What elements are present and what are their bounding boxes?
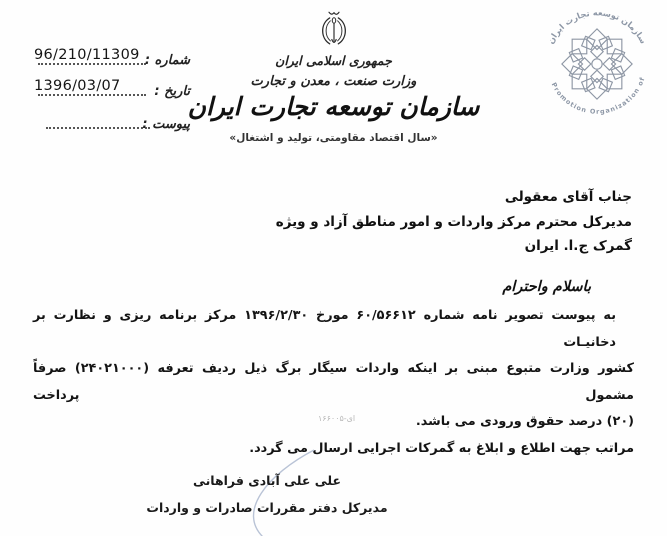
field-number-row: 96/210/11309 شماره : — [8, 44, 196, 66]
iran-emblem-icon — [311, 5, 357, 51]
body-line-1: به پیوست تصویر نامه شماره ۶۰/۵۶۶۱۲ مورخ … — [33, 303, 634, 356]
archive-ref-code: ای-۱۶۶۰۰۵ — [318, 414, 355, 423]
field-attachment-row: پیوست : — [8, 108, 196, 130]
salutation: باسلام واحترام — [502, 279, 591, 295]
field-date-label: تاریخ : — [154, 84, 190, 99]
body-line-4: مراتب جهت اطلاع و ابلاغ به گمرکات اجرایی… — [33, 436, 634, 463]
seal-top-text: سازمان توسعه تجارت ایران — [545, 7, 648, 45]
field-number-label: شماره : — [145, 53, 190, 68]
recipient-name: جناب آقای معقولی — [276, 185, 632, 210]
signature-block: علی علی آبادی فراهانی مدیرکل دفتر مقررات… — [126, 473, 408, 515]
organization-seal: سازمان توسعه تجارت ایران Trade Promotion… — [535, 2, 659, 126]
field-number-value: 96/210/11309 — [34, 47, 140, 63]
recipient-title: مدیرکل محترم مرکز واردات و امور مناطق آز… — [276, 210, 632, 235]
field-attachment-dotted-line — [46, 127, 150, 129]
seal-rosette — [562, 29, 632, 99]
field-number-dotted-line — [38, 63, 146, 65]
field-date-value: 1396/03/07 — [34, 78, 121, 94]
svg-text:سازمان توسعه تجارت ایران: سازمان توسعه تجارت ایران — [545, 7, 648, 45]
field-attachment-label: پیوست : — [142, 117, 190, 132]
letter-page: جمهوری اسلامی ایران وزارت صنعت ، معدن و … — [0, 0, 667, 536]
letter-body: به پیوست تصویر نامه شماره ۶۰/۵۶۶۱۲ مورخ … — [33, 303, 634, 462]
field-date-row: 1396/03/07 تاریخ : — [8, 75, 196, 97]
recipient-block: جناب آقای معقولی مدیرکل محترم مرکز واردا… — [276, 185, 632, 259]
body-line-2: کشور وزارت متبوع مبنی بر اینکه واردات سی… — [33, 356, 634, 409]
signer-name: علی علی آبادی فراهانی — [126, 473, 408, 488]
field-date-dotted-line — [38, 94, 146, 96]
letter-meta-fields: 96/210/11309 شماره : 1396/03/07 تاریخ : … — [8, 44, 198, 139]
recipient-office: گمرک ج.ا. ایران — [276, 234, 632, 259]
signer-title: مدیرکل دفتر مقررات صادرات و واردات — [126, 500, 408, 515]
